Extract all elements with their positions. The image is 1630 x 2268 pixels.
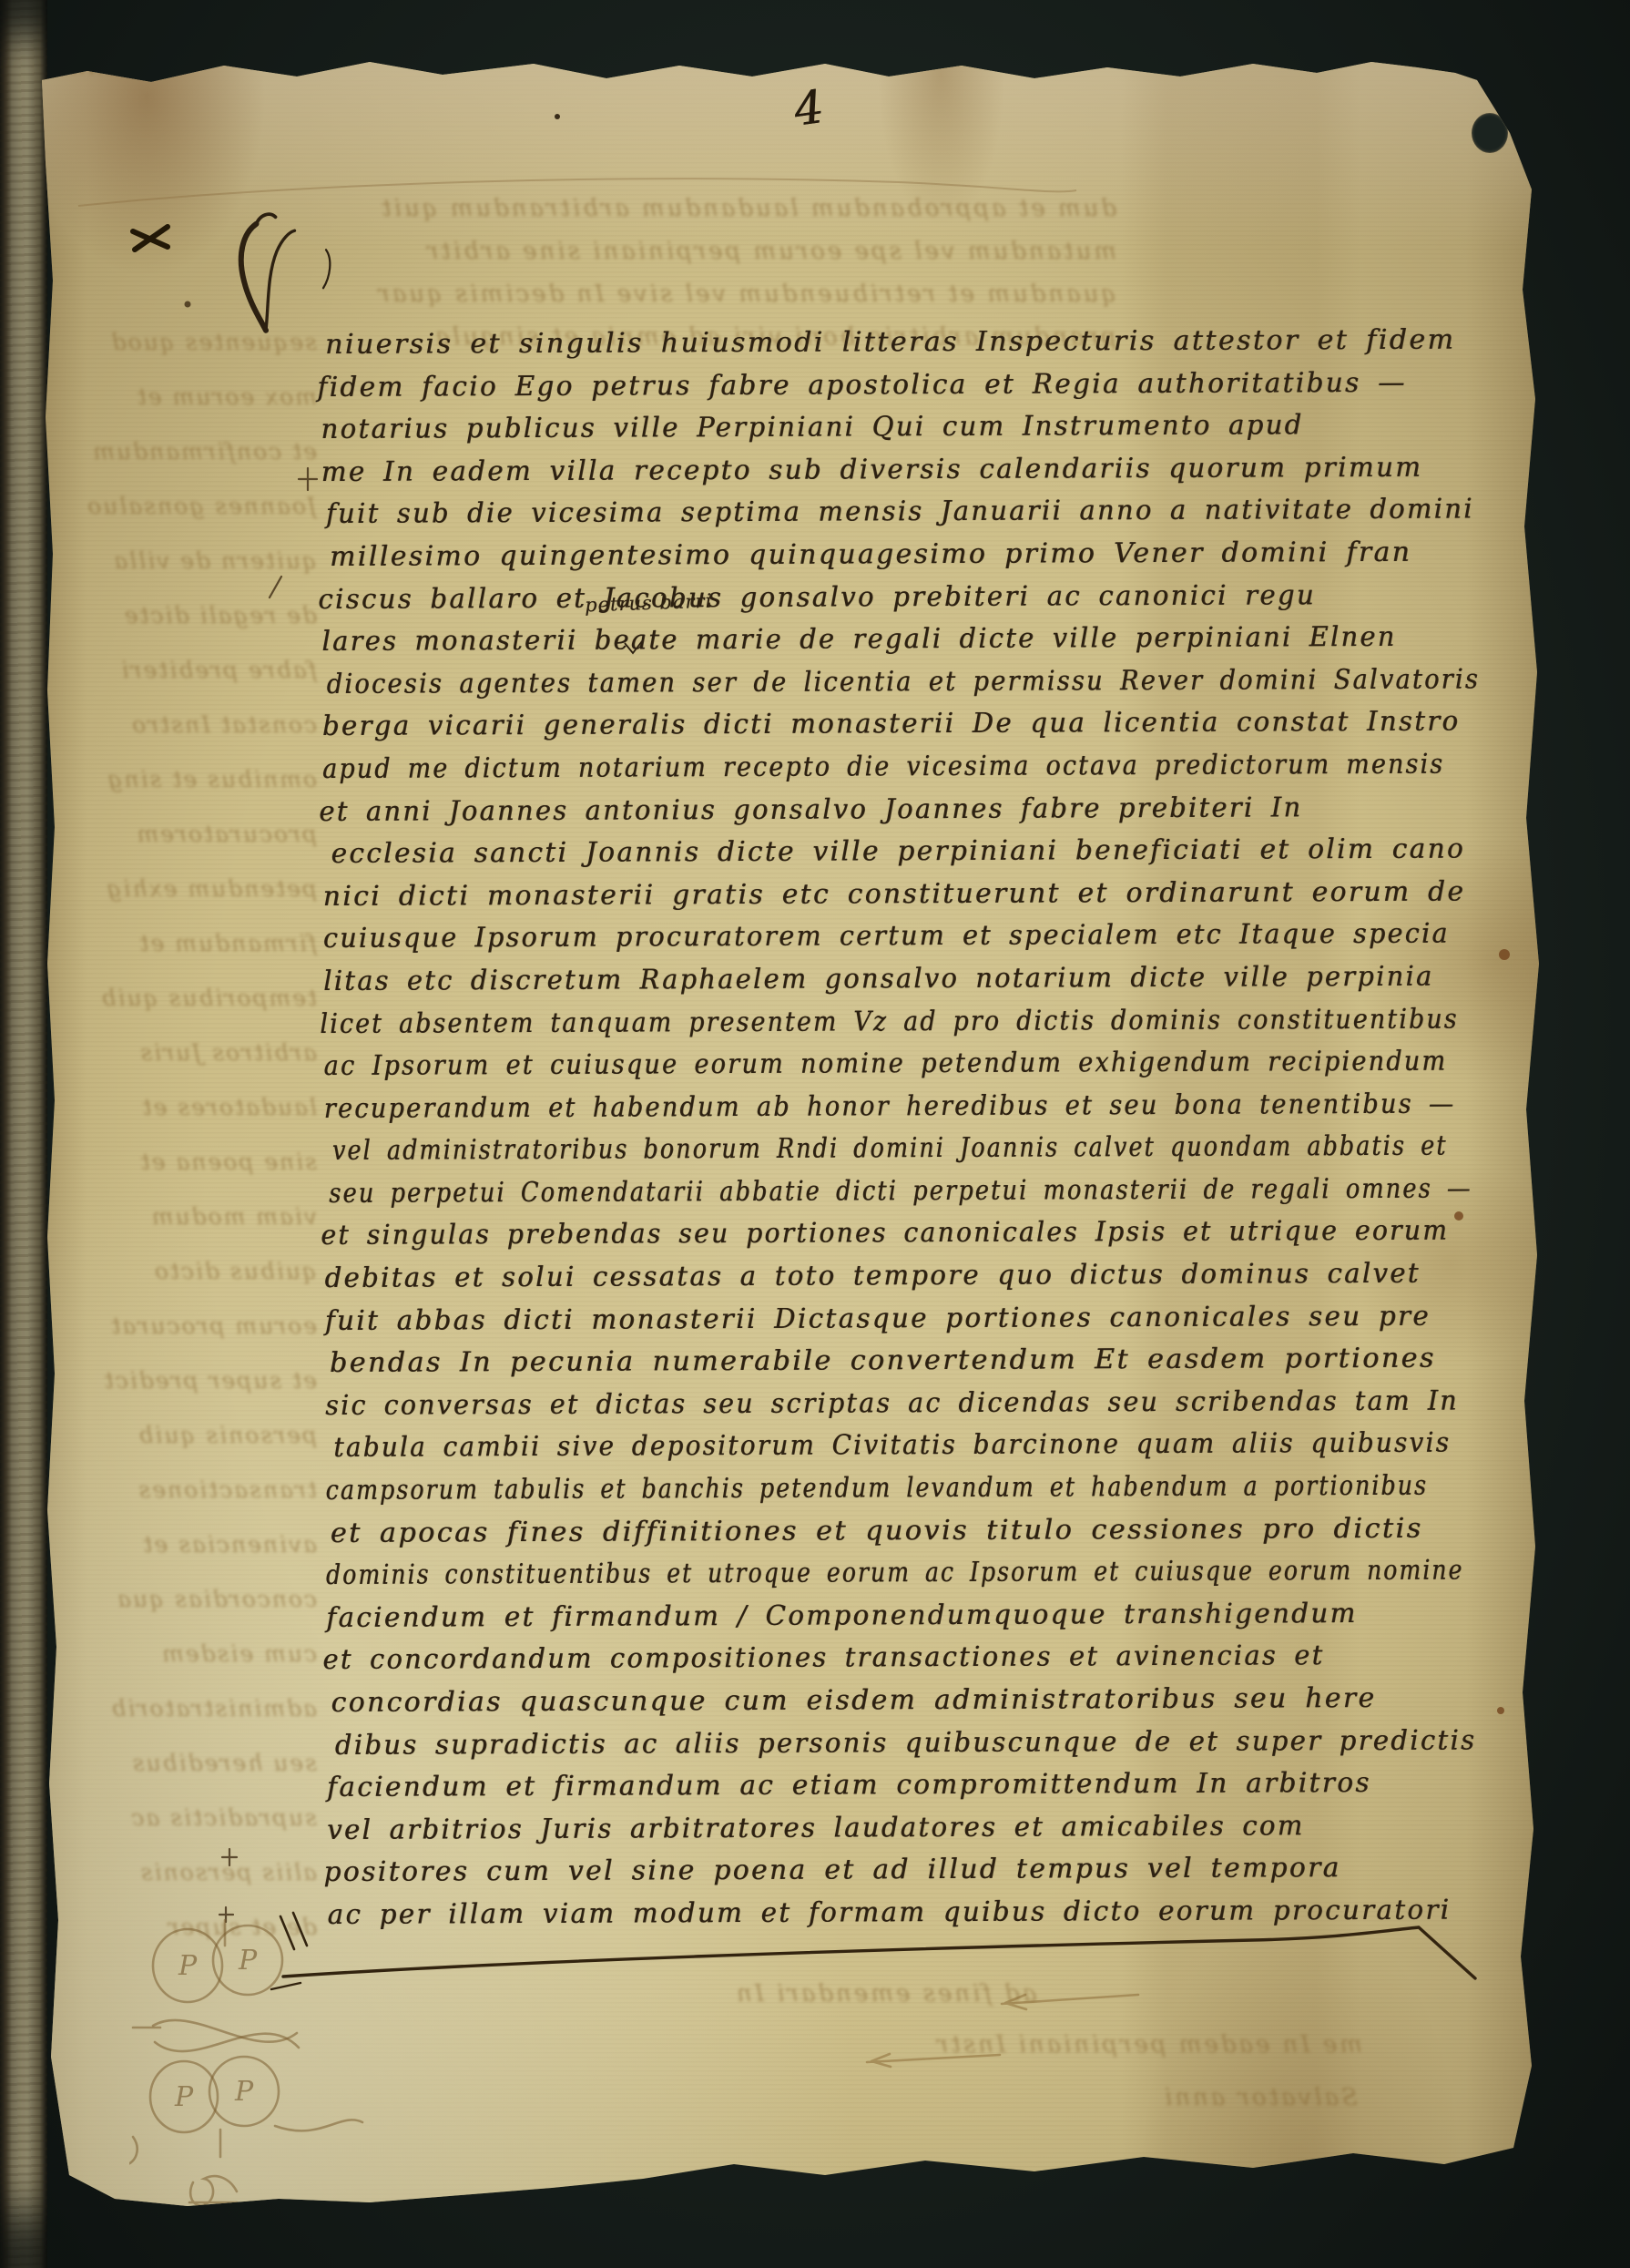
- svg-text:P: P: [238, 1945, 258, 1977]
- manuscript-line: vel arbitrios Juris arbitratores laudato…: [327, 1804, 1439, 1852]
- bleedthrough-line: quandum et retribuendum vel sive In deci…: [69, 273, 1116, 316]
- manuscript-line: dominis constituentibus et utroque eorum…: [326, 1551, 1289, 1598]
- folio-number: 4: [790, 80, 827, 137]
- manuscript-line: millesimo quingentesimo quinquagesimo pr…: [330, 531, 1463, 578]
- manuscript-line: fidem facio Ego petrus fabre apostolica …: [317, 362, 1446, 409]
- photograph-of-manuscript: { "page": { "folio_number": "4", "initia…: [0, 0, 1630, 2268]
- manuscript-line: nici dicti monasterii gratis etc constit…: [323, 871, 1458, 918]
- manuscript-line: recuperandum et habendum ab honor heredi…: [324, 1084, 1365, 1131]
- manuscript-line: licet absentem tanquam presentem Vz ad p…: [320, 999, 1349, 1047]
- manuscript-line: et apocas fines diffinitiones et quovis …: [331, 1507, 1483, 1555]
- bleedthrough-line: quibus dicto: [47, 1244, 317, 1299]
- manuscript-line: notarius publicus ville Perpiniani Qui c…: [321, 404, 1433, 452]
- bleedthrough-line: personis quib: [47, 1408, 317, 1463]
- bleedthrough-line: de et super: [47, 1900, 317, 1955]
- bleedthrough-line: aliis personis: [47, 1845, 317, 1900]
- knot-letters: P P P P: [174, 1945, 258, 2113]
- bleedthrough-line: supradictis ac: [47, 1791, 317, 1845]
- manuscript-text-block: niuersis et singulis huiusmodi litteras …: [321, 319, 1481, 1936]
- wormhole: [1472, 113, 1508, 153]
- manuscript-line: fuit abbas dicti monasterii Dictasque po…: [325, 1295, 1446, 1343]
- manuscript-line: niuersis et singulis huiusmodi litteras …: [325, 319, 1469, 366]
- bleedthrough-line: avinencias et: [47, 1517, 317, 1572]
- notary-knot-flourish: P P P P: [129, 1918, 375, 2228]
- manuscript-line: tabula cambii sive depositorum Civitatis…: [333, 1423, 1391, 1470]
- bleedthrough-line: viam modum: [47, 1190, 317, 1244]
- bleedthrough-line: laudatores et: [47, 1080, 317, 1135]
- manuscript-line: ac per illam viam modum et formam quibus…: [328, 1890, 1447, 1937]
- manuscript-line: apud me dictum notarium recepto die vice…: [322, 744, 1352, 792]
- bleedthrough-line: mox eorum et: [47, 370, 317, 424]
- manuscript-line: ciscus ballaro et Jacobus gonsalvo prebi…: [318, 574, 1435, 621]
- manuscript-line: faciendum et firmandum ac etiam compromi…: [327, 1762, 1453, 1810]
- manuscript-page: dum et approbandum laudandum arbitrandum…: [42, 53, 1541, 2215]
- manuscript-line: sic conversas et dictas seu scriptas ac …: [325, 1381, 1411, 1428]
- manuscript-line: concordias quascunque cum eisdem adminis…: [331, 1678, 1466, 1725]
- bleedthrough-line: sequentes quod: [47, 315, 317, 370]
- manuscript-line: positores cum vel sine poena et ad illud…: [323, 1847, 1462, 1895]
- bleedthrough-line: transactiones: [47, 1463, 317, 1517]
- bleedthrough-line: procuratorem: [47, 807, 317, 862]
- margin-ink-blot: [133, 227, 168, 250]
- manuscript-line: dibus supradictis ac aliis personis quib…: [335, 1720, 1438, 1767]
- bleedthrough-line: Joannis: [42, 53, 149, 80]
- bleedthrough-line: ad fines emendari In: [734, 1980, 1036, 2007]
- bleedthrough-line: eorum procurat: [47, 1299, 317, 1354]
- svg-text:P: P: [174, 2081, 194, 2113]
- manuscript-line: et singulas prebendas seu portiones cano…: [321, 1211, 1402, 1258]
- manuscript-line: cuiusque Ipsorum procuratorem certum et …: [323, 914, 1415, 961]
- manuscript-line: vel administratoribus bonorum Rndi domin…: [332, 1127, 1299, 1173]
- bleedthrough-line: et confirmandum: [47, 424, 317, 479]
- bleedthrough-line: firmandum et: [47, 916, 317, 971]
- bleedthrough-line: constat Instro: [47, 698, 317, 752]
- bleedthrough-line: petendum exhig: [47, 862, 317, 916]
- bleedthrough-manicula-strokes: [867, 1995, 1138, 2067]
- crease-line: [78, 179, 1076, 206]
- bleedthrough-line: Joannes gonsaluo: [47, 479, 317, 534]
- bleedthrough-line: concordias qua: [47, 1572, 317, 1627]
- bleedthrough-line: cum eisdem: [47, 1627, 317, 1681]
- manuscript-line: me In eadem villa recepto sub diversis c…: [321, 446, 1442, 494]
- svg-text:P: P: [178, 1950, 198, 1982]
- bleedthrough-line: seu heredibus: [47, 1736, 317, 1791]
- bleedthrough-line: mutandum vel spe eorum perpiniani sine a…: [69, 230, 1116, 273]
- manuscript-line: campsorum tabulis et banchis petendum le…: [325, 1466, 1294, 1512]
- manuscript-line: ecclesia sancti Joannis dicte ville perp…: [331, 829, 1451, 876]
- manuscript-line: litas etc discretum Raphaelem gonsalvo n…: [323, 956, 1424, 1004]
- bleedthrough-line: de regali dicte: [47, 588, 317, 643]
- bleedthrough-line: quitern de villa: [47, 534, 317, 588]
- interlinear-insertion: petrus barri: [585, 590, 713, 617]
- bleedthrough-line: fabre prebiteri: [47, 643, 317, 698]
- manuscript-line: et anni Joannes antonius gonsalvo Joanne…: [319, 786, 1426, 833]
- bleedthrough-line: temporibus quib: [47, 971, 317, 1026]
- bleedthrough-line: Salvator anni: [1162, 2084, 1358, 2111]
- svg-text:P: P: [234, 2076, 254, 2108]
- manuscript-line: fuit sub die vicesima septima mensis Jan…: [326, 489, 1429, 536]
- manuscript-line: bendas In pecunia numerabile convertendu…: [330, 1338, 1478, 1385]
- bleedthrough-left-margin: sequentes quodmox eorum etet confirmandu…: [47, 315, 317, 1955]
- bleedthrough-line: me In eadem perpiniani Instr: [934, 2031, 1362, 2059]
- manuscript-line: diocesis agentes tamen ser de licentia e…: [327, 659, 1366, 707]
- manuscript-line: seu perpetui Comendatarii abbatie dicti …: [329, 1169, 1308, 1215]
- bleedthrough-line: et super predict: [47, 1354, 317, 1408]
- manuscript-line: lares monasterii beate marie de regali d…: [321, 617, 1423, 664]
- manuscript-line: debitas et solui cessatas a toto tempore…: [324, 1253, 1437, 1301]
- bleedthrough-line: omnibus et sing: [47, 752, 317, 807]
- manuscript-line: ac Ipsorum et cuiusque eorum nomine pete…: [323, 1041, 1362, 1088]
- manuscript-line: faciendum et firmandum / Componendumquoq…: [326, 1592, 1448, 1640]
- bleedthrough-line: sine poena et: [47, 1135, 317, 1190]
- bleedthrough-line: administratorib: [47, 1681, 317, 1736]
- bleedthrough-line: dum et approbandum laudandum arbitrandum…: [69, 188, 1116, 230]
- manuscript-line: et concordandum compositiones transactio…: [322, 1635, 1430, 1682]
- bleedthrough-line: arbitros Juris: [47, 1026, 317, 1080]
- manuscript-line: berga vicarii generalis dicti monasterii…: [322, 701, 1436, 749]
- book-gutter-page-edges: [0, 0, 47, 2268]
